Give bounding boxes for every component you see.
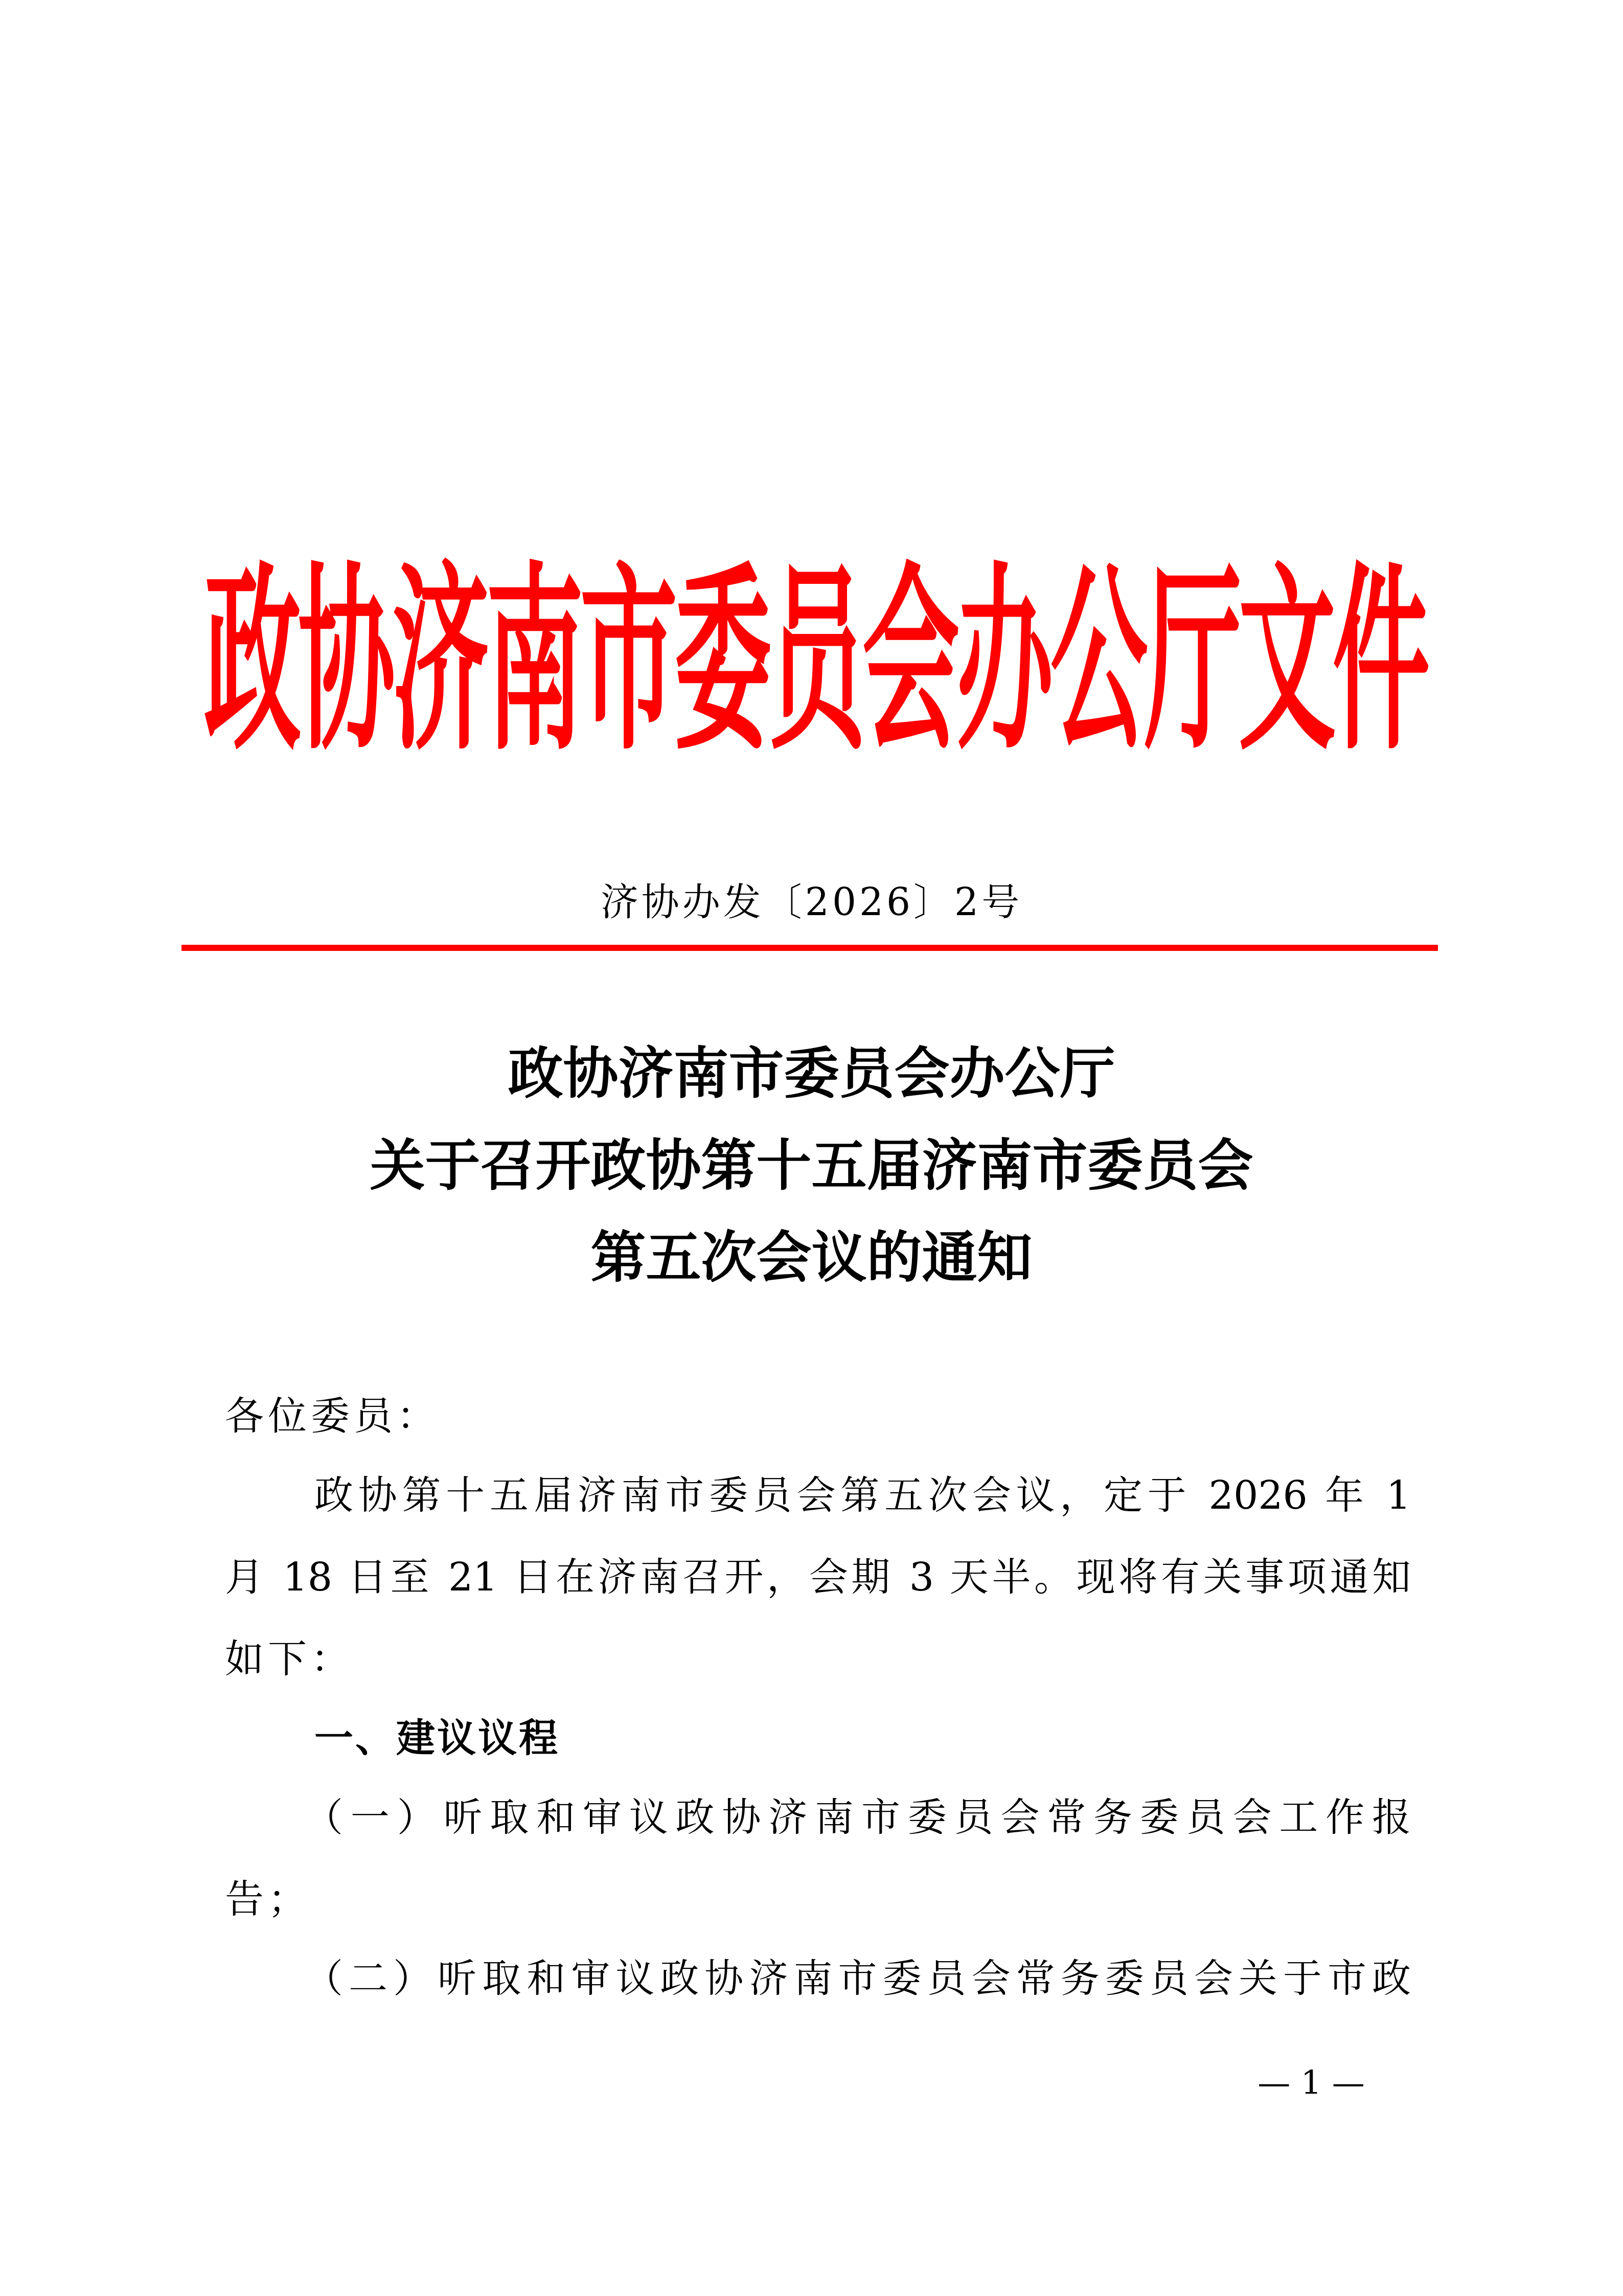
notice-title-line-2: 关于召开政协第十五届济南市委员会 [0, 1132, 1623, 1199]
paragraph-1-line-3: 如下： [225, 1631, 1411, 1687]
notice-title-line-3: 第五次会议的通知 [0, 1224, 1623, 1291]
agenda-item-2-line-1: （二）听取和审议政协济南市委员会常务委员会关于市政 [304, 1950, 1411, 2007]
agenda-item-1-line-2: 告； [225, 1871, 1411, 1927]
paragraph-1-line-2: 月 18 日至 21 日在济南召开，会期 3 天半。现将有关事项通知 [225, 1549, 1411, 1605]
notice-title-line-1: 政协济南市委员会办公厅 [0, 1040, 1623, 1107]
section-heading-agenda: 一、建议议程 [314, 1710, 1411, 1766]
paragraph-1-line-1: 政协第十五届济南市委员会第五次会议，定于 2026 年 1 [314, 1467, 1411, 1524]
masthead-text: 政协济南市委员会办公厅文件 [204, 501, 1427, 787]
agenda-item-1-line-1: （一）听取和审议政协济南市委员会常务委员会工作报 [304, 1789, 1411, 1846]
document-page: 政协济南市委员会办公厅文件 济协办发〔2026〕2号 政协济南市委员会办公厅 关… [0, 0, 1623, 2296]
document-number: 济协办发〔2026〕2号 [0, 877, 1623, 928]
page-number: — 1 — [1227, 2058, 1396, 2109]
masthead-title: 政协济南市委员会办公厅文件 [225, 537, 1406, 752]
salutation: 各位委员： [225, 1388, 1411, 1444]
red-divider-rule [181, 945, 1438, 951]
